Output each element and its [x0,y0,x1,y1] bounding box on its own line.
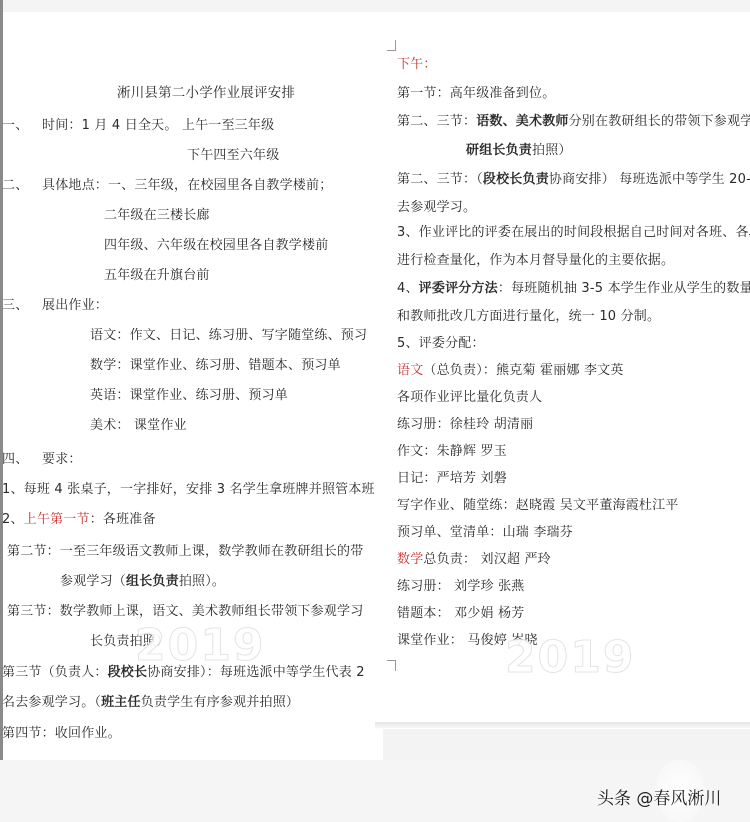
afternoon-period-2-3-cont: 研组长负责拍照） [466,143,572,159]
period-4: 第四节：收回作业。 [2,726,121,742]
location-line: 四年级、六年级在校园里各自教学楼前 [104,238,328,254]
toutiao-brand-watermark: 头条 @春风淅川 [597,784,721,809]
scoring-method-label: 评委评分方法 [419,281,498,296]
requirement-2-text: ：各班准备 [90,512,156,527]
top-background-band [0,0,750,12]
exhibit-item: 英语：课堂作业、练习册、预习单 [90,388,288,404]
period-b-label: 第二、三节：（ [397,172,483,187]
section-3-number: 三、 [2,298,28,314]
location-line: 二年级在三楼长廊 [104,208,210,224]
period-text-cont: 拍照） [532,143,572,158]
judge-row: 错题本： 邓少娟 杨芳 [397,606,524,622]
period-3b-line-2: 名去参观学习。（班主任负责学生有序参观并拍照） [2,695,299,711]
period-2-text-end: 拍照）。 [179,574,225,589]
location-line: 五年级在升旗台前 [104,268,210,284]
corner-crop-mark [387,660,396,671]
requirement-2: 2、上午第一节：各班准备 [2,512,156,528]
period-3b-text: 第三节（负责人： [2,665,108,680]
requirement-2-prefix: 2、 [2,512,24,527]
section-1-number: 一、 [2,118,28,134]
period-bold-cont: 研组长负责 [466,143,532,158]
section-2-number: 二、 [2,178,28,194]
afternoon-period-1: 第一节：高年级准备到位。 [397,86,555,102]
period-2-line-2: 参观学习（组长负责拍照）。 [60,574,225,590]
math-lead-judges: 数学总负责： 刘汉超 严玲 [397,552,551,568]
afternoon-period-2-3: 第二、三节：语数、美术教师分别在教研组长的带领下参观学习。（教 [397,114,750,130]
judge-row: 练习册：徐桂玲 胡清丽 [397,417,533,433]
section-4-number: 四、 [2,452,28,468]
period-2-line-1: 第二节：一至三年级语文教师上课，数学教师在教研组长的带 [7,544,363,560]
watermark-year-left: 2019 [135,620,265,671]
exhibit-item: 数学：课堂作业、练习册、错题本、预习单 [90,358,341,374]
period-2-text: 参观学习（ [60,574,126,589]
period-text: 分别在教研组长的带领下参观学习。（教 [569,114,750,129]
exhibit-item: 美术： 课堂作业 [90,418,187,434]
afternoon-period-2-3-b: 第二、三节：（段校长负责协商安排） 每班选派中等学生 20-30 名 [397,172,750,188]
item-4-text: ：每班随机抽 3-5 本学生作业从学生的数量、质量 [498,281,750,296]
section-2-location: 具体地点：一、三年级，在校园里各自教学楼前； [42,178,332,194]
document-title: 淅川县第二小学作业展评安排 [117,85,295,101]
period-3b-line2-text: 名去参观学习。（ [2,695,101,710]
quantification-heading: 各项作业评比量化负责人 [397,390,542,406]
chinese-lead-judges: 语文（总负责）：熊克菊 霍丽娜 李文英 [397,363,624,379]
chinese-judges-names: （总负责）：熊克菊 霍丽娜 李文英 [423,363,623,378]
math-label: 数学 [397,552,423,567]
period-bold: 语数、美术教师 [476,114,568,129]
judge-row: 预习单、堂清单：山瑞 李瑞芬 [397,525,573,541]
requirement-1: 1、每班 4 张桌子，一字排好，安排 3 名学生拿班牌并照管本班 [2,482,375,498]
watermark-year-right: 2019 [505,632,635,683]
item-3-line-1: 3、作业评比的评委在展出的时间段根据自己时间对各班、各段情况 [397,225,750,241]
section-4-requirements: 要求： [42,452,82,468]
period-3b-line2-bold: 班主任 [101,695,141,710]
period-b-bold: 段校长负责 [483,172,549,187]
period-2-bold: 组长负责 [126,574,179,589]
item-4-line-2: 和教师批改几方面进行量化，统一 10 分制。 [397,309,660,325]
item-3-line-2: 进行检查量化，作为本月督导量化的主要依据。 [397,253,674,269]
item-4-prefix: 4、 [397,281,419,296]
period-b-text: 协商安排） 每班选派中等学生 20-30 名 [549,172,750,187]
period-3-line-1: 第三节：数学教师上课，语文、美术教师组长带领下参观学习 [7,604,363,620]
item-5: 5、评委分配： [397,336,485,352]
period-3b-line2-end: 负责学生有序参观并拍照） [141,695,299,710]
afternoon-period-2-3-b-cont: 去参观学习。 [397,200,476,216]
item-4-line-1: 4、评委评分方法：每班随机抽 3-5 本学生作业从学生的数量、质量 [397,281,750,297]
judge-row: 练习册： 刘学珍 张燕 [397,579,524,595]
chinese-label: 语文 [397,363,423,378]
math-judges-names: 总负责： 刘汉超 严玲 [423,552,550,567]
period-label: 第二、三节： [397,114,476,129]
section-1-time-cont: 下午四至六年级 [187,148,279,164]
morning-period-1-label: 上午第一节 [24,512,90,527]
judge-row: 写字作业、随堂练：赵晓霞 吴文平董海霞杜江平 [397,498,679,514]
afternoon-label: 下午： [397,57,437,73]
section-3-exhibits: 展出作业： [42,298,108,314]
section-1-time: 时间：1 月 4 日全天。 上午一至三年级 [42,118,274,134]
judge-row: 作文：朱静辉 罗玉 [397,444,507,460]
exhibit-item: 语文：作文、日记、练习册、写字随堂练、预习 [90,328,367,344]
corner-crop-mark [387,40,396,51]
judge-row: 日记：严培芳 刘磐 [397,471,507,487]
page-bottom-shadow [375,722,750,728]
